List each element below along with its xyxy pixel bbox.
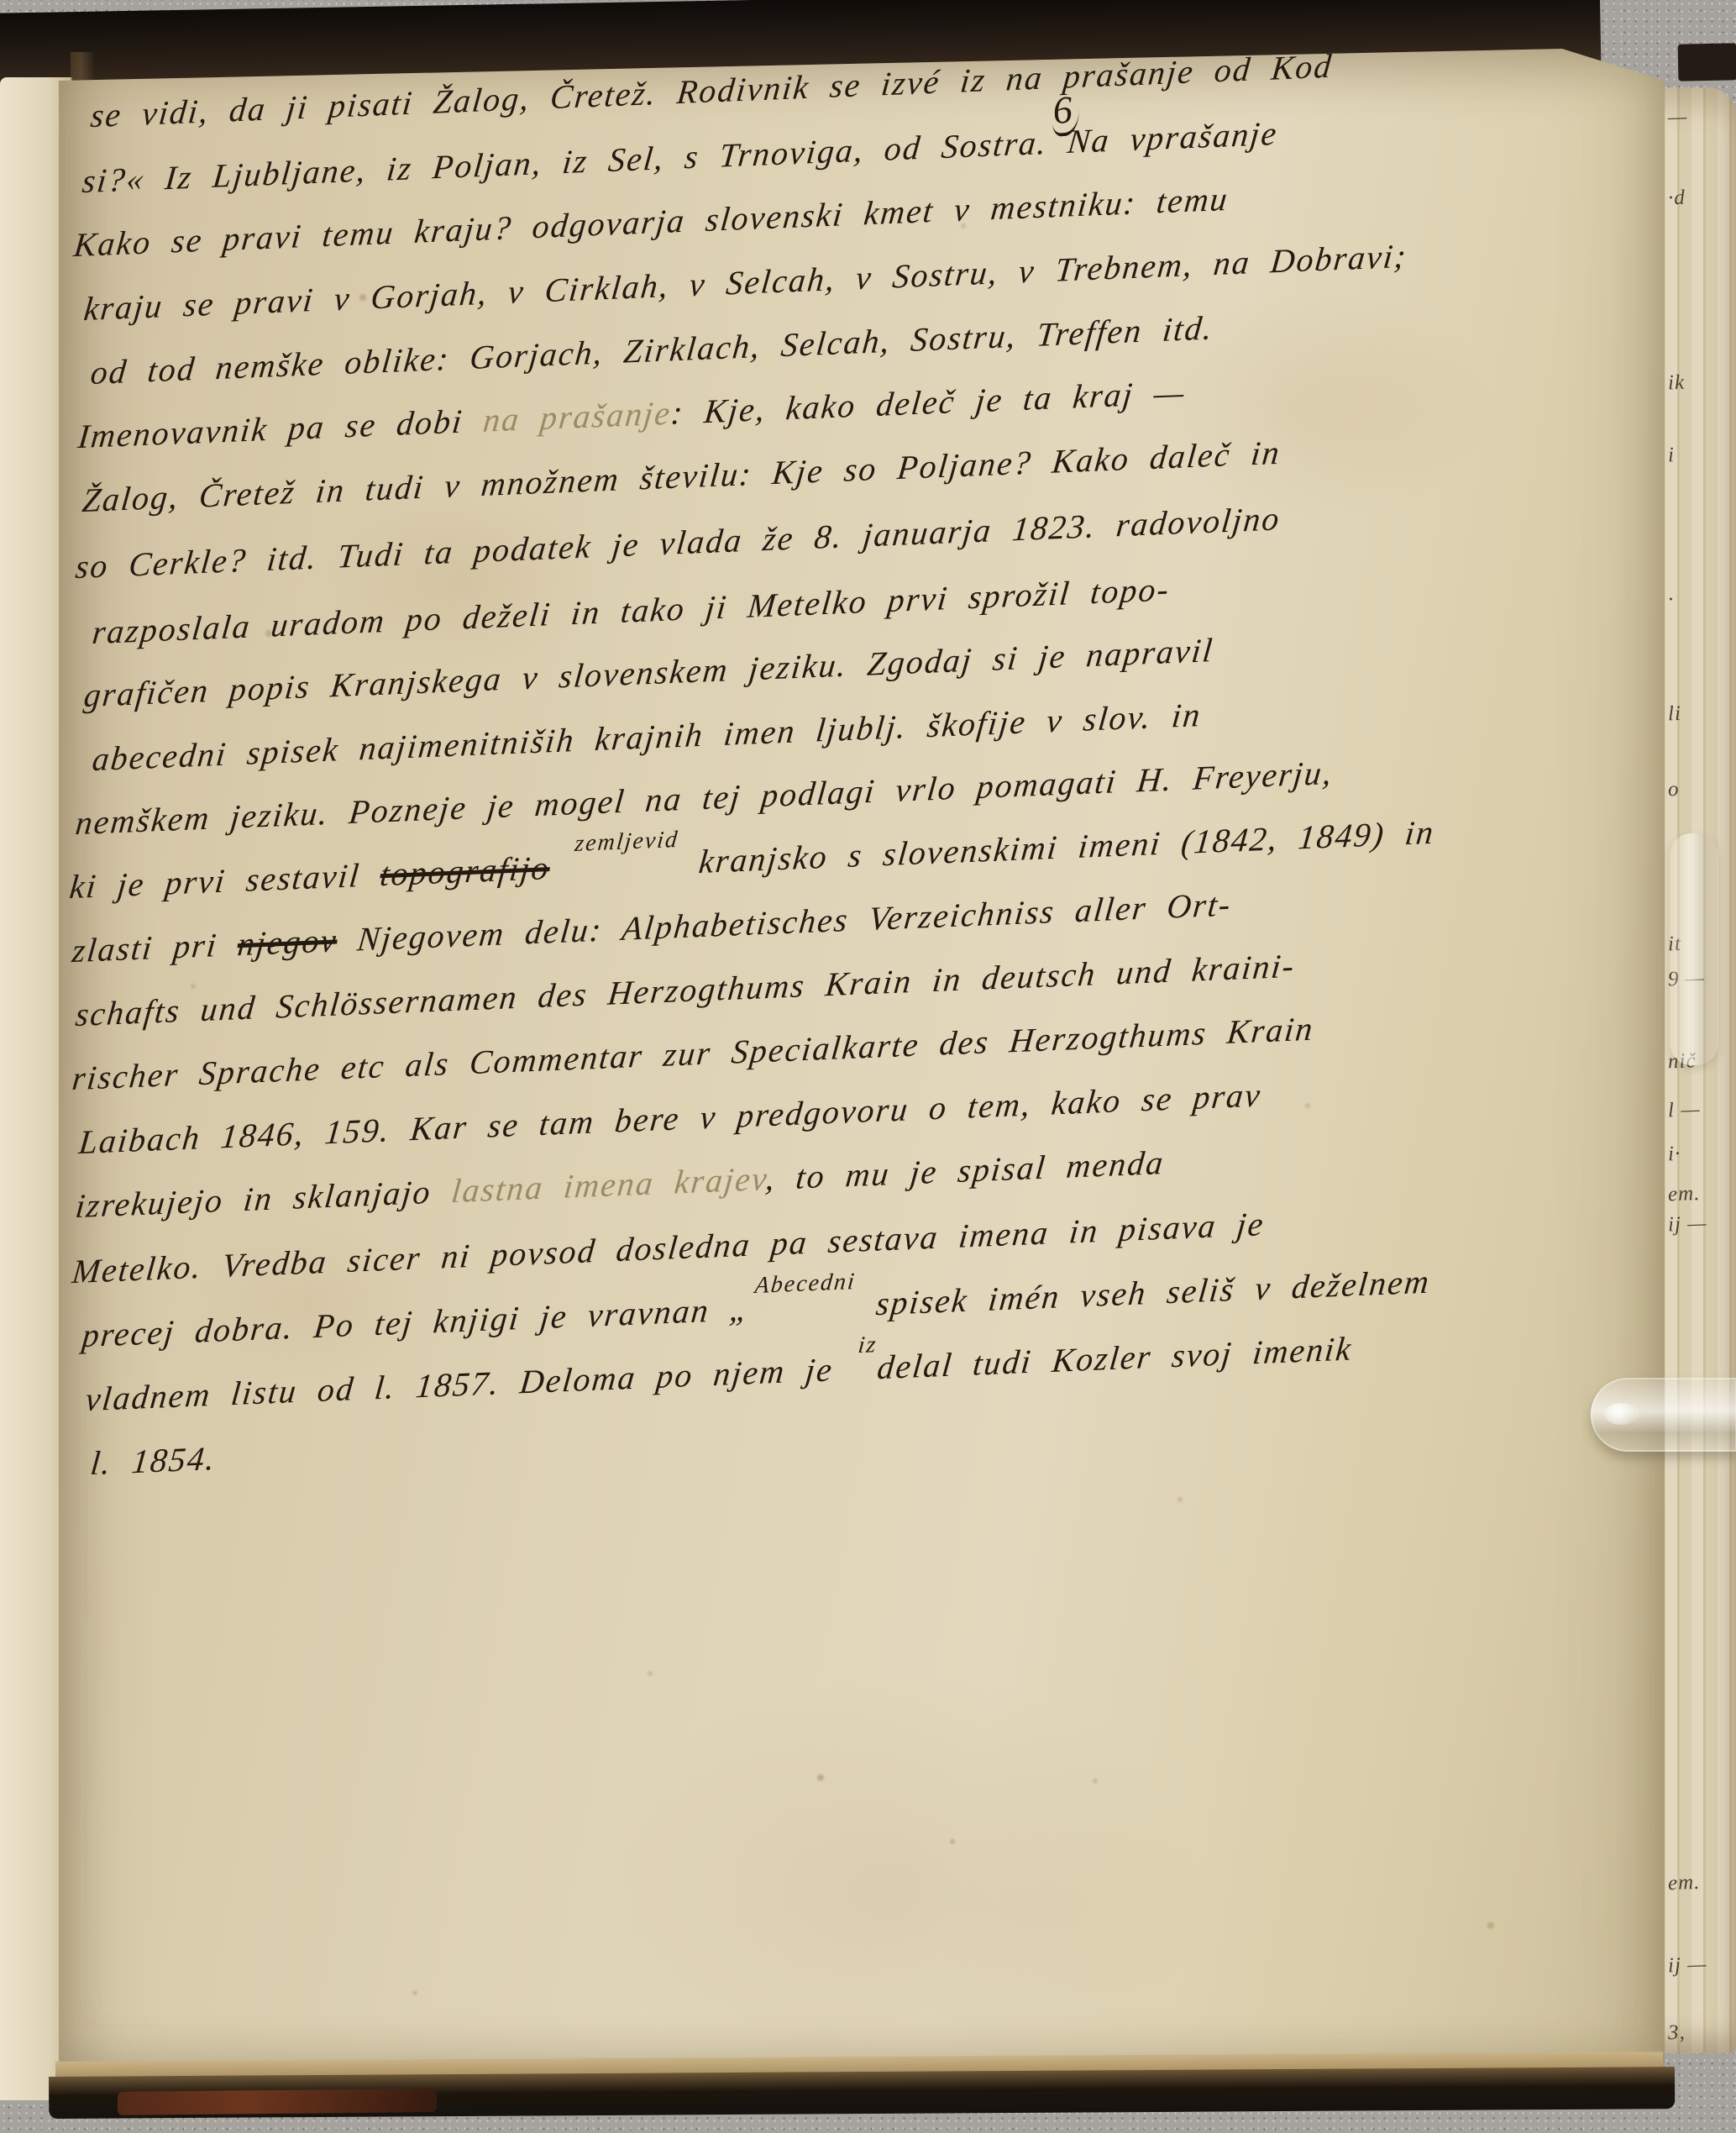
inserted-word: iz: [857, 1333, 878, 1358]
fore-edge-ink-fragment: li: [1668, 701, 1734, 725]
glass-page-weight-tip: [1591, 1378, 1736, 1452]
fore-edge-ink-fragment: i: [1668, 443, 1734, 466]
handwriting-segment: na prašanje: [481, 394, 673, 439]
handwriting-segment: spisek imén vseh seliš v deželnem: [854, 1263, 1432, 1324]
fore-edge-ink-fragment: em.: [1668, 1871, 1734, 1894]
handwriting-segment: ki je prvi sestavil: [68, 855, 382, 906]
fore-edge-ink-fragment: o: [1668, 777, 1734, 801]
fore-edge-ink-fragment: ik: [1668, 370, 1734, 394]
manuscript-line: Imenovavnik pa se dobi na prašanje: Kje,…: [76, 376, 1187, 454]
fore-edge-ink-fragment: —: [1668, 105, 1734, 129]
handwriting-segment: [548, 848, 572, 886]
handwriting-segment: kranjsko s slovenskimi imeni (1842, 1849…: [677, 813, 1436, 881]
manuscript-page: 6 se vidi, da ji pisati Žalog, Čretež. R…: [59, 44, 1665, 2083]
manuscript-line: l. 1854.: [89, 1442, 218, 1480]
inserted-word: Abecedni: [753, 1270, 857, 1298]
glass-page-weight-sheen: [1670, 833, 1718, 1065]
inserted-word: zemljevid: [574, 828, 679, 856]
handwriting-segment: l. 1854.: [89, 1439, 218, 1482]
fore-edge-ink-fragment: ij —: [1668, 1212, 1734, 1236]
book-cover-corner: [1678, 43, 1736, 81]
struck-word: topografijo: [379, 848, 552, 893]
handwriting-segment: lastna imena krajev: [449, 1159, 768, 1210]
manuscript-line: grafičen popis Kranjskega v slovenskem j…: [82, 633, 1215, 712]
handwriting-segment: : Kje, kako deleč je ta kraj —: [669, 373, 1188, 432]
fore-edge-ink-fragment: 3,: [1668, 2020, 1734, 2044]
handwriting-segment: delal tudi Kozler svoj imenik: [876, 1329, 1355, 1386]
photo-scene: —·diki·lioit9 —ničl —i·em.ij —em.ij —3, …: [0, 0, 1736, 2133]
struck-word: njegov: [236, 921, 339, 963]
fore-edge-ink-fragment: i·: [1668, 1142, 1734, 1165]
cover-bottom-glimpse: [118, 2088, 437, 2115]
manuscript-text: se vidi, da ji pisati Žalog, Čretež. Rod…: [0, 0, 1736, 2133]
handwriting-segment: zlasti pri: [71, 925, 240, 969]
fore-edge-ink-fragment: l —: [1668, 1098, 1734, 1122]
handwriting-segment: , to mu je spisal menda: [764, 1143, 1167, 1197]
fore-edge-ink-fragment: ·d: [1668, 186, 1734, 209]
fore-edge-ink-fragment: em.: [1668, 1182, 1734, 1206]
handwriting-segment: Njegovem delu: Alphabetisches Verzeichni…: [335, 885, 1233, 959]
fore-edge-ink-fragment: ij —: [1668, 1953, 1734, 1977]
manuscript-line: izrekujejo in sklanjajo lastna imena kra…: [74, 1146, 1166, 1223]
manuscript-line: razposlala uradom po deželi in tako ji M…: [91, 572, 1172, 649]
handwriting-segment: izrekujejo in sklanjajo: [74, 1172, 454, 1225]
handwriting-segment: vladnem listu od l. 1857. Deloma po njem…: [84, 1349, 856, 1418]
handwriting-segment: precej dobra. Po tej knjigi je vravnan „: [81, 1290, 753, 1354]
fore-edge-ink-fragment: ·: [1668, 587, 1734, 611]
handwriting-segment: Imenovavnik pa se dobi: [76, 402, 485, 456]
manuscript-line: so Cerkle? itd. Tudi ta podatek je vlada…: [74, 502, 1282, 584]
